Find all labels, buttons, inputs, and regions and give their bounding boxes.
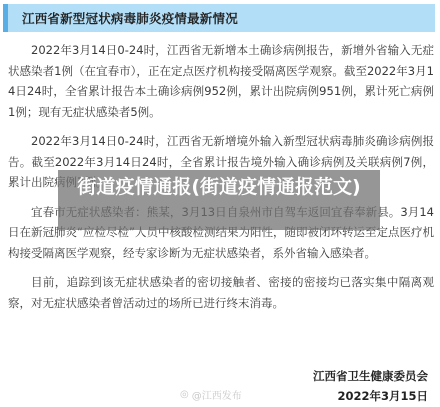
weibo-icon: ◎: [180, 389, 189, 400]
overlay-title: 街道疫情通报(街道疫情通报范文): [77, 176, 360, 198]
overlay-title-banner: 街道疫情通报(街道疫情通报范文): [58, 170, 380, 230]
notice-header: 江西省新型冠状病毒肺炎疫情最新情况: [3, 4, 435, 32]
paragraph-local-cases: 2022年3月14日0-24时，江西省无新增本土确诊病例报告，新增外省输入无症状…: [8, 40, 434, 122]
watermark-text: @江西发布: [192, 387, 242, 402]
header-accent-bar: [3, 4, 8, 32]
paragraph-tracing: 目前，追踪到该无症状感染者的密切接触者、密接的密接均已落实集中隔离观察，对无症状…: [8, 272, 434, 313]
signature-date: 2022年3月15日: [313, 386, 428, 406]
signature: 江西省卫生健康委员会 2022年3月15日: [313, 366, 428, 406]
notice-title: 江西省新型冠状病毒肺炎疫情最新情况: [22, 9, 238, 27]
watermark: ◎ @江西发布: [180, 387, 242, 402]
signature-org: 江西省卫生健康委员会: [313, 366, 428, 386]
